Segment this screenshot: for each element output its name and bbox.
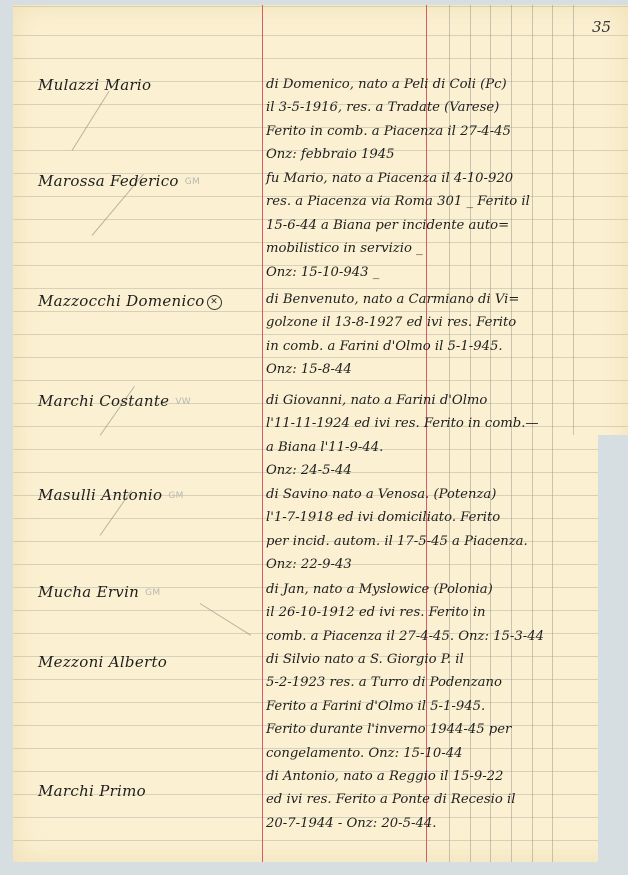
entry-line: Onz: 15-10-943 _ — [266, 261, 606, 284]
pencil-mark: GM — [145, 588, 160, 598]
entry-name: Marchi CostanteVW — [38, 392, 191, 410]
entry-line: Ferito durante l'inverno 1944-45 per — [266, 718, 606, 741]
entry-line: l'11-11-1924 ed ivi res. Ferito in comb.… — [266, 412, 606, 435]
entry-details: di Jan, nato a Myslowice (Polonia) il 26… — [266, 578, 606, 648]
pencil-mark: GM — [185, 177, 200, 187]
entry-name: Marossa FedericoGM — [38, 172, 200, 190]
entry-line: Ferito in comb. a Piacenza il 27-4-45 — [266, 120, 606, 143]
pencil-mark: GM — [168, 491, 183, 501]
entry-line: fu Mario, nato a Piacenza il 4-10-920 — [266, 167, 606, 190]
entry-line: di Benvenuto, nato a Carmiano di Vi= — [266, 288, 606, 311]
entry-name: Mezzoni Alberto — [38, 653, 167, 671]
entry-details: fu Mario, nato a Piacenza il 4-10-920 re… — [266, 167, 606, 284]
entry-line: ed ivi res. Ferito a Ponte di Recesio il — [266, 788, 606, 811]
entry-name: Mulazzi Mario — [38, 76, 151, 94]
entry-line: 5-2-1923 res. a Turro di Podenzano — [266, 671, 606, 694]
entry-line: res. a Piacenza via Roma 301 _ Ferito il — [266, 190, 606, 213]
entry-line: 20-7-1944 - Onz: 20-5-44. — [266, 812, 606, 835]
entry-line: di Jan, nato a Myslowice (Polonia) — [266, 578, 606, 601]
entry-line: Ferito a Farini d'Olmo il 5-1-945. — [266, 695, 606, 718]
entry-line: per incid. autom. il 17-5-45 a Piacenza. — [266, 530, 606, 553]
entry-line: l'1-7-1918 ed ivi domiciliato. Ferito — [266, 506, 606, 529]
entry-line: 15-6-44 a Biana per incidente auto= — [266, 214, 606, 237]
circled-x-mark: ✕ — [207, 295, 222, 310]
pencil-mark: VW — [175, 397, 191, 407]
margin-rule-left — [262, 5, 263, 862]
entry-line: di Silvio nato a S. Giorgio P. il — [266, 648, 606, 671]
entry-line: di Domenico, nato a Peli di Coli (Pc) — [266, 73, 606, 96]
entry-line: il 26-10-1912 ed ivi res. Ferito in — [266, 601, 606, 624]
entry-line: Onz: 22-9-43 — [266, 553, 606, 576]
entry-line: a Biana l'11-9-44. — [266, 436, 606, 459]
entry-details: di Savino nato a Venosa. (Potenza) l'1-7… — [266, 483, 606, 577]
entry-details: di Antonio, nato a Reggio il 15-9-22 ed … — [266, 765, 606, 835]
entry-line: Onz: febbraio 1945 — [266, 143, 606, 166]
entry-line: mobilistico in servizio _ — [266, 237, 606, 260]
page-number: 35 — [592, 18, 611, 36]
entry-details: di Giovanni, nato a Farini d'Olmo l'11-1… — [266, 389, 606, 483]
entry-line: congelamento. Onz: 15-10-44 — [266, 742, 606, 765]
entry-line: Onz: 15-8-44 — [266, 358, 606, 381]
entry-details: di Benvenuto, nato a Carmiano di Vi= gol… — [266, 288, 606, 382]
entry-details: di Silvio nato a S. Giorgio P. il 5-2-19… — [266, 648, 606, 765]
entry-name: Masulli AntonioGM — [38, 486, 184, 504]
entry-line: di Giovanni, nato a Farini d'Olmo — [266, 389, 606, 412]
entry-name: Mazzocchi Domenico✕ — [38, 292, 222, 310]
entry-name: Mucha ErvinGM — [38, 583, 161, 601]
entry-line: il 3-5-1916, res. a Tradate (Varese) — [266, 96, 606, 119]
entry-details: di Domenico, nato a Peli di Coli (Pc) il… — [266, 73, 606, 167]
entry-line: in comb. a Farini d'Olmo il 5-1-945. — [266, 335, 606, 358]
entry-line: golzone il 13-8-1927 ed ivi res. Ferito — [266, 311, 606, 334]
entry-line: Onz: 24-5-44 — [266, 459, 606, 482]
entry-line: comb. a Piacenza il 27-4-45. Onz: 15-3-4… — [266, 625, 606, 648]
entry-name: Marchi Primo — [38, 782, 146, 800]
entry-line: di Antonio, nato a Reggio il 15-9-22 — [266, 765, 606, 788]
entry-line: di Savino nato a Venosa. (Potenza) — [266, 483, 606, 506]
